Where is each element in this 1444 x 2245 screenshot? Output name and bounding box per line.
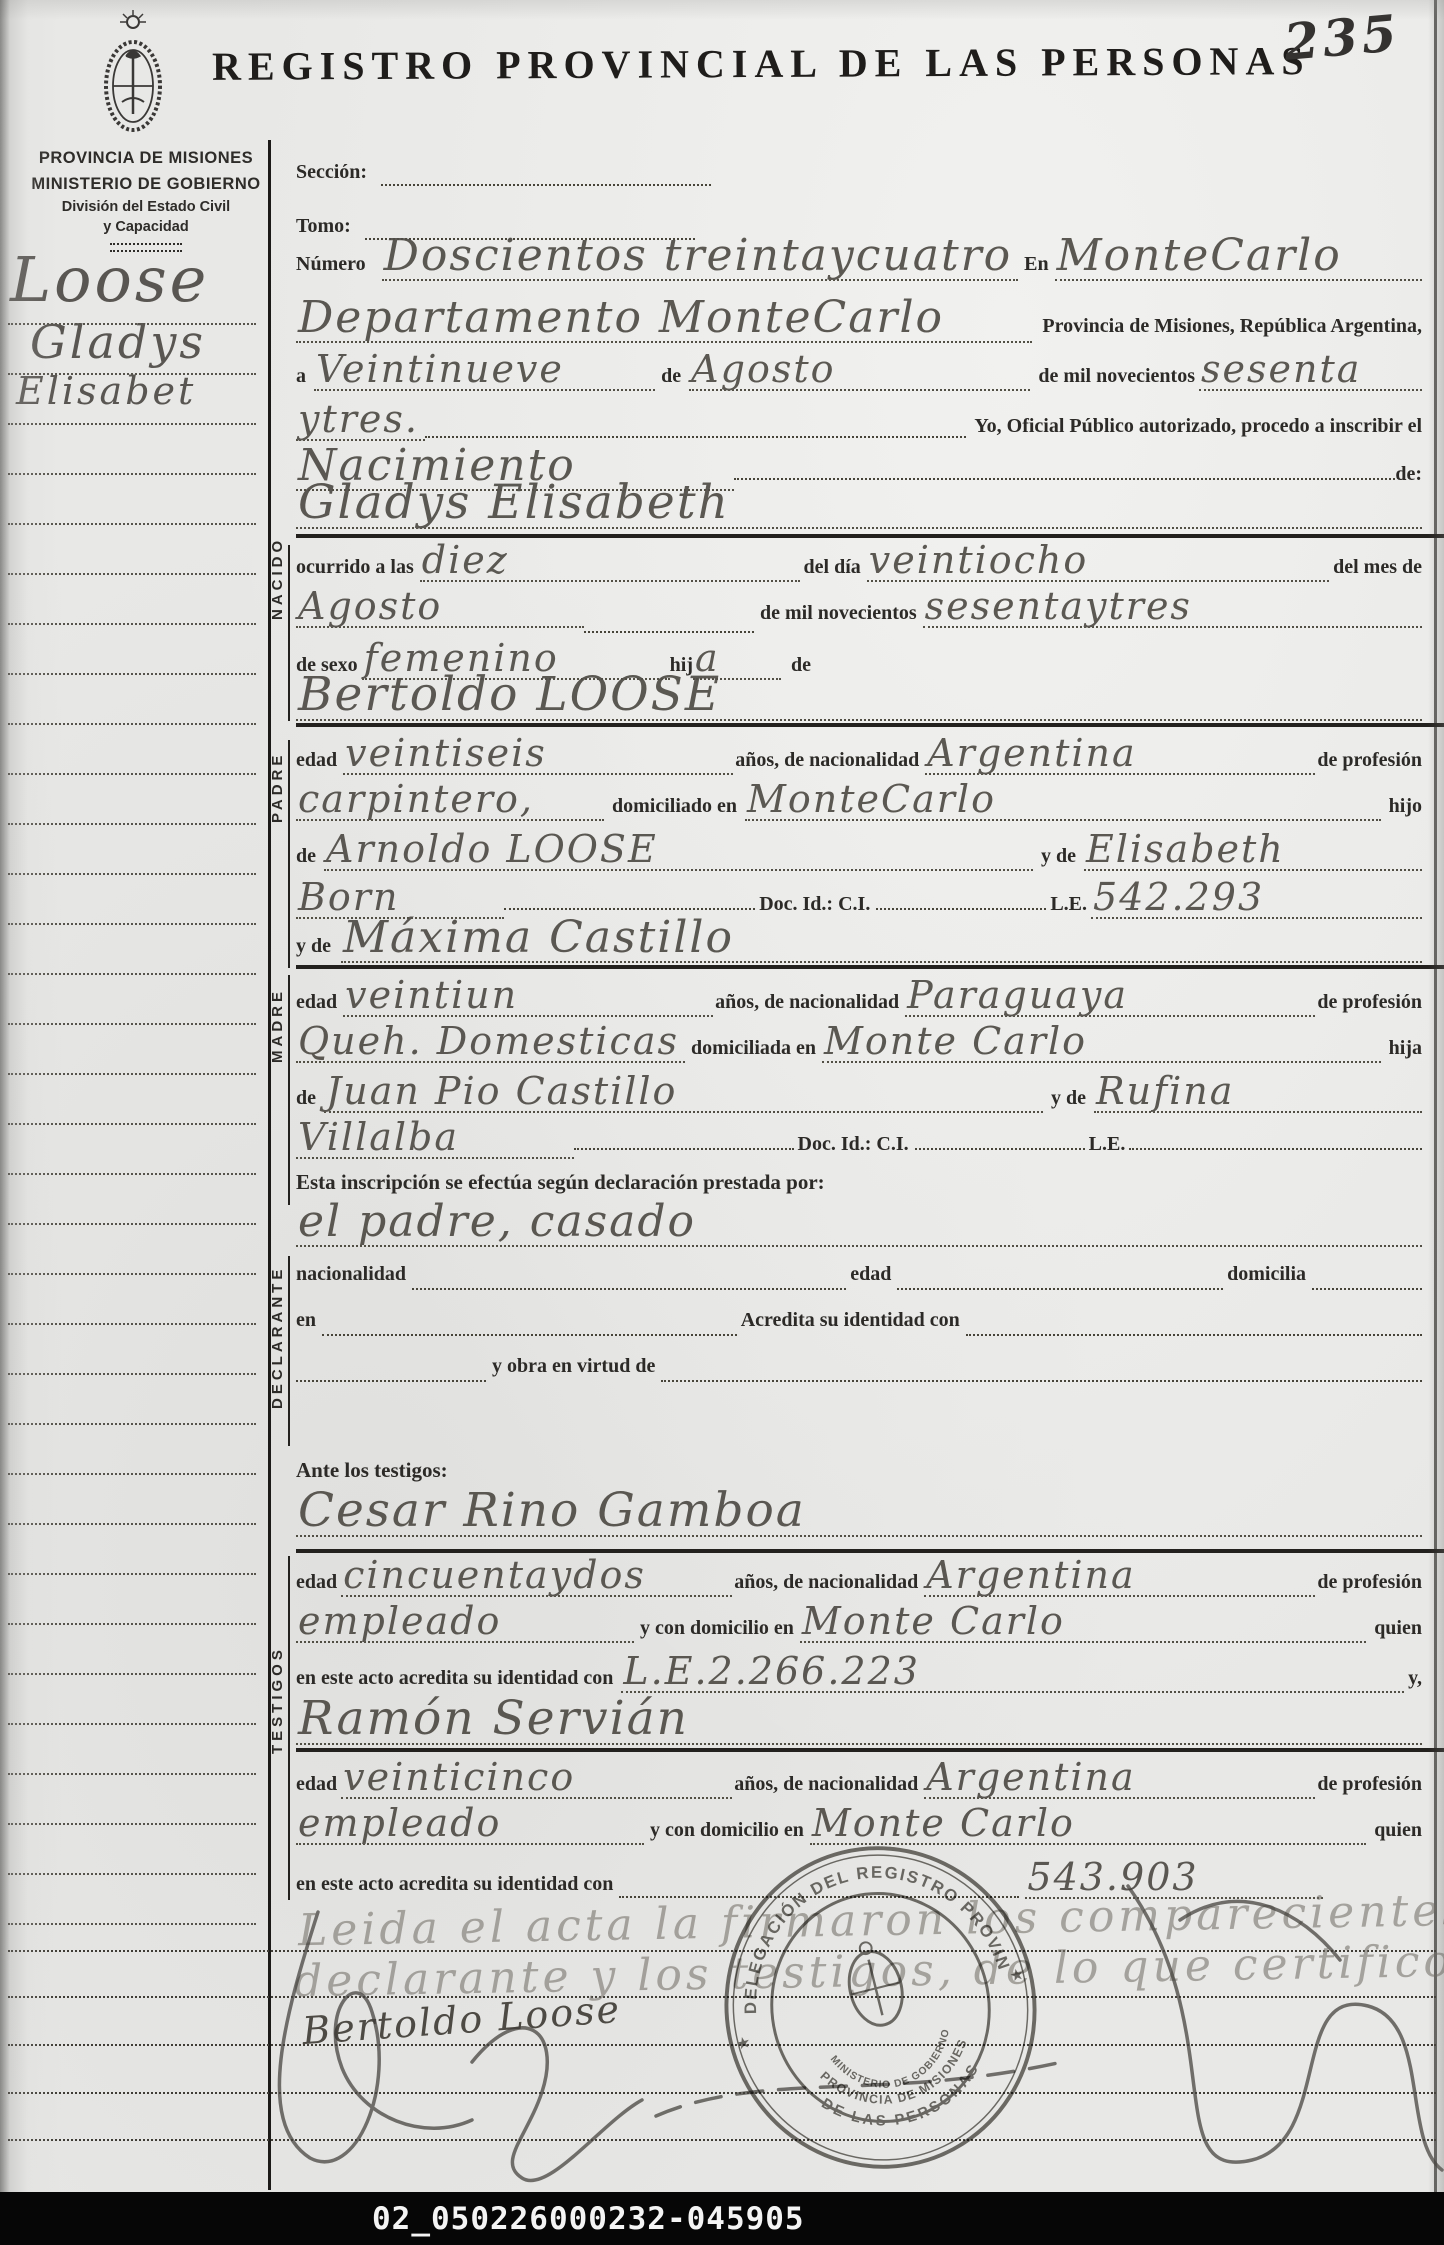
nacionalidad-label: nacionalidad bbox=[296, 1262, 406, 1286]
numero-label: Número bbox=[296, 252, 366, 276]
testigo2-edad-value: veinticinco bbox=[341, 1760, 732, 1799]
nacionalidad-label: años, de nacionalidad bbox=[735, 748, 919, 772]
abuela-paterna-value: Elisabeth bbox=[1084, 832, 1422, 871]
dotted-line bbox=[412, 1288, 846, 1290]
margin-note-line bbox=[8, 1523, 256, 1525]
margin-note-line bbox=[8, 1873, 256, 1875]
ruled-line bbox=[8, 2139, 1436, 2141]
scanned-birth-certificate: REGISTRO PROVINCIAL DE LAS PERSONAS 235 … bbox=[0, 0, 1444, 2245]
hora-value: diez bbox=[420, 543, 800, 582]
margin-note-line bbox=[8, 573, 256, 575]
section-bracket bbox=[288, 1256, 290, 1446]
ante-testigos-label: Ante los testigos: bbox=[296, 1458, 448, 1483]
nacionalidad-label: años, de nacionalidad bbox=[734, 1570, 918, 1594]
margin-note-line bbox=[8, 1323, 256, 1325]
margin-note-line bbox=[8, 723, 256, 725]
profesion-label: de profesión bbox=[1317, 1772, 1422, 1796]
acto-acredita-label: en este acto acredita su identidad con bbox=[296, 1872, 613, 1896]
section-label-declarante: DECLARANTE bbox=[269, 1262, 288, 1412]
dotted-line bbox=[897, 1288, 1223, 1290]
padre-nacionalidad-value: Argentina bbox=[925, 736, 1315, 775]
de-label: de bbox=[661, 364, 681, 388]
margin-note-line bbox=[8, 1423, 256, 1425]
page-number: 235 bbox=[1282, 3, 1403, 72]
padre-profesion-row: carpintero, domiciliado en MonteCarlo hi… bbox=[296, 782, 1422, 832]
declarante-identidad-row: en Acredita su identidad con bbox=[296, 1308, 1422, 1344]
mes-nac-value: Agosto bbox=[296, 589, 584, 628]
abuelos-maternos-row: de Juan Pio Castillo y de Rufina bbox=[296, 1074, 1422, 1120]
dotted-line bbox=[1129, 1148, 1422, 1150]
dotted-line bbox=[425, 436, 966, 438]
profesion-label: de profesión bbox=[1317, 1570, 1422, 1594]
declarante-row: el padre, casado bbox=[296, 1202, 1422, 1252]
quien-label: quien bbox=[1374, 1818, 1422, 1842]
dotted-line bbox=[574, 1148, 794, 1150]
margin-note-line bbox=[8, 523, 256, 525]
margin-note-line bbox=[8, 1473, 256, 1475]
margin-note-line bbox=[8, 1223, 256, 1225]
abuelo-materno-value: Juan Pio Castillo bbox=[324, 1074, 1043, 1113]
testigo1-edad-row: edad cincuentaydos años, de nacionalidad… bbox=[296, 1558, 1422, 1604]
fecha-row: a Veintinueve de Agosto de mil novecient… bbox=[296, 352, 1422, 402]
heavy-rule bbox=[296, 723, 1444, 727]
madre-nombre-row: y de Máxima Castillo bbox=[296, 918, 1422, 966]
edad-label: edad bbox=[296, 1570, 337, 1594]
margin-note-line bbox=[8, 1023, 256, 1025]
madre-domicilio-value: Monte Carlo bbox=[822, 1024, 1381, 1063]
tomo-label: Tomo: bbox=[296, 214, 351, 238]
margin-note-line bbox=[8, 373, 256, 375]
abuela-materna-value: Rufina bbox=[1094, 1074, 1422, 1113]
padre-nombre-value: Bertoldo LOOSE bbox=[296, 674, 1422, 721]
dotted-line bbox=[381, 184, 711, 186]
abuelos-paternos-row: de Arnoldo LOOSE y de Elisabeth bbox=[296, 832, 1422, 880]
padre-edad-row: edad veintiseis años, de nacionalidad Ar… bbox=[296, 736, 1422, 782]
margin-middlename: Elisabet bbox=[16, 374, 196, 408]
dotted-line bbox=[661, 1380, 1422, 1382]
section-bracket bbox=[288, 545, 290, 721]
dotted-line bbox=[322, 1334, 737, 1336]
edad-label: edad bbox=[296, 748, 337, 772]
dia-value: Veintinueve bbox=[314, 352, 655, 391]
dotted-line bbox=[734, 478, 1395, 480]
padre-domicilio-value: MonteCarlo bbox=[745, 782, 1381, 821]
margin-note-line bbox=[8, 923, 256, 925]
margin-firstname: Gladys bbox=[30, 322, 206, 363]
inscripcion-label: Esta inscripción se efectúa según declar… bbox=[296, 1170, 825, 1195]
scan-right-edge bbox=[1434, 0, 1437, 2192]
hija-label: hija bbox=[1389, 1036, 1422, 1060]
letterhead-line: MINISTERIO DE GOBIERNO bbox=[26, 172, 266, 198]
margin-vertical-rule bbox=[268, 140, 271, 2190]
scan-code: 02_050226000232-045905 bbox=[372, 2201, 805, 2237]
section-label-padre: PADRE bbox=[269, 742, 288, 832]
heavy-rule bbox=[296, 1748, 1444, 1752]
y-de-label: y de bbox=[1041, 844, 1076, 868]
margin-note-line bbox=[8, 1373, 256, 1375]
abuelo-paterno-value: Arnoldo LOOSE bbox=[324, 832, 1033, 871]
numero-row: Número Doscientos treintaycuatro En Mont… bbox=[296, 236, 1422, 296]
margin-note-line bbox=[8, 823, 256, 825]
declarante-datos-row: nacionalidad edad domicilia bbox=[296, 1262, 1422, 1298]
testigo1-domicilio-row: empleado y con domicilio en Monte Carlo … bbox=[296, 1604, 1422, 1654]
departamento-row: Departamento MonteCarlo Provincia de Mis… bbox=[296, 298, 1422, 352]
heavy-rule bbox=[296, 965, 1444, 969]
margin-note-line bbox=[8, 1923, 256, 1925]
signature-rubric-center bbox=[472, 2028, 642, 2181]
inscripto-nombre-value: Gladys Elisabeth bbox=[296, 482, 1422, 529]
margin-note-line bbox=[8, 1623, 256, 1625]
margin-note-line bbox=[8, 1123, 256, 1125]
letterhead-line: División del Estado Civil bbox=[26, 197, 266, 217]
testigo2-nombre-row: Ramón Servián bbox=[296, 1698, 1422, 1748]
margin-note-line bbox=[8, 473, 256, 475]
le-label: L.E. bbox=[1089, 1132, 1126, 1156]
departamento-value: Departamento MonteCarlo bbox=[296, 298, 1032, 343]
padre-le-value: 542.293 bbox=[1091, 880, 1422, 919]
dotted-line bbox=[296, 1380, 486, 1382]
dotted-line bbox=[504, 908, 755, 910]
virtud-label: y obra en virtud de bbox=[492, 1354, 655, 1378]
acto-acredita-label: en este acto acredita su identidad con bbox=[296, 1666, 613, 1690]
a-label: a bbox=[296, 364, 306, 388]
letterhead-line: y Capacidad bbox=[26, 217, 266, 237]
margin-note-line bbox=[8, 423, 256, 425]
section-bracket bbox=[288, 975, 290, 1205]
de-mil-label: de mil novecientos bbox=[760, 601, 917, 625]
de-mil-label: de mil novecientos bbox=[1038, 364, 1195, 388]
testigo1-nacionalidad-value: Argentina bbox=[924, 1558, 1315, 1597]
page-title: REGISTRO PROVINCIAL DE LAS PERSONAS bbox=[212, 37, 1311, 90]
padre-nombre-row: Bertoldo LOOSE bbox=[296, 674, 1422, 722]
madre-nombre-value: Máxima Castillo bbox=[341, 918, 1422, 963]
margin-note-line bbox=[8, 1273, 256, 1275]
acredita-label: Acredita su identidad con bbox=[741, 1308, 960, 1332]
padre-edad-value: veintiseis bbox=[343, 736, 733, 775]
hora-row: ocurrido a las diez del día veintiocho d… bbox=[296, 543, 1422, 589]
testigo1-nombre-value: Cesar Rino Gamboa bbox=[296, 1490, 1422, 1537]
declarante-virtud-row: y obra en virtud de bbox=[296, 1354, 1422, 1390]
section-label-madre: MADRE bbox=[269, 982, 288, 1070]
margin-note-line bbox=[8, 623, 256, 625]
section-label-testigos: TESTIGOS bbox=[269, 1640, 288, 1760]
margin-note-line bbox=[8, 1173, 256, 1175]
nacionalidad-label: años, de nacionalidad bbox=[734, 1772, 918, 1796]
testigo1-nombre-row: Cesar Rino Gamboa bbox=[296, 1490, 1422, 1544]
y-de-label: y de bbox=[1051, 1086, 1086, 1110]
de-label: de bbox=[296, 1086, 316, 1110]
testigo2-edad-row: edad veinticinco años, de nacionalidad A… bbox=[296, 1760, 1422, 1806]
mes-nac-row: Agosto de mil novecientos sesentaytres bbox=[296, 589, 1422, 641]
domiciliado-label: domiciliado en bbox=[612, 794, 737, 818]
testigo2-profesion-value: empleado bbox=[296, 1806, 644, 1845]
del-dia-label: del día bbox=[804, 555, 861, 579]
margin-note-line bbox=[8, 1723, 256, 1725]
testigo1-profesion-value: empleado bbox=[296, 1604, 634, 1643]
testigo1-doc-value: L.E.2.266.223 bbox=[621, 1654, 1404, 1693]
margin-note-line bbox=[8, 773, 256, 775]
section-bracket bbox=[288, 740, 290, 968]
margin-note-line bbox=[8, 1673, 256, 1675]
margin-note-line bbox=[8, 673, 256, 675]
margin-note-line bbox=[8, 973, 256, 975]
stamp-star-icon: ★ bbox=[736, 2034, 752, 2052]
testigo2-nacionalidad-value: Argentina bbox=[924, 1760, 1315, 1799]
madre-doc-row: Villalba Doc. Id.: C.I. L.E. bbox=[296, 1120, 1422, 1158]
margin-surname: Loose bbox=[10, 252, 209, 308]
profesion-label: de profesión bbox=[1317, 748, 1422, 772]
domiciliada-label: domiciliada en bbox=[691, 1036, 816, 1060]
dotted-line bbox=[876, 908, 1046, 910]
madre-profesion-value: Queh. Domesticas bbox=[296, 1024, 685, 1063]
inscripto-nombre-row: Gladys Elisabeth bbox=[296, 482, 1422, 534]
coat-of-arms-icon bbox=[92, 6, 174, 142]
madre-edad-value: veintiun bbox=[343, 978, 713, 1017]
dotted-line bbox=[915, 1148, 1085, 1150]
testigo2-nombre-value: Ramón Servián bbox=[296, 1698, 1422, 1745]
nacionalidad-label: años, de nacionalidad bbox=[715, 990, 899, 1014]
con-domicilio-label: y con domicilio en bbox=[640, 1616, 794, 1640]
stamp-coat-of-arms-icon bbox=[839, 1936, 909, 2031]
letterhead-line: PROVINCIA DE MISIONES bbox=[26, 146, 266, 172]
margin-note-line bbox=[8, 873, 256, 875]
dotted-line bbox=[584, 631, 754, 633]
section-label-nacido: NACIDO bbox=[269, 540, 288, 620]
margin-note-line bbox=[8, 1773, 256, 1775]
margin-note-line bbox=[8, 1823, 256, 1825]
margin-note-line bbox=[8, 1073, 256, 1075]
mes-value: Agosto bbox=[689, 352, 1030, 391]
quien-label: quien bbox=[1374, 1616, 1422, 1640]
del-mes-label: del mes de bbox=[1333, 555, 1422, 579]
declarante-value: el padre, casado bbox=[296, 1202, 1422, 1247]
profesion-label: de profesión bbox=[1317, 990, 1422, 1014]
testigo1-edad-value: cincuentaydos bbox=[341, 1558, 732, 1597]
seccion-row: Sección: bbox=[296, 160, 1422, 194]
dotted-line bbox=[1312, 1288, 1422, 1290]
ruled-line bbox=[8, 2092, 1436, 2094]
madre-profesion-row: Queh. Domesticas domiciliada en Monte Ca… bbox=[296, 1024, 1422, 1074]
provincia-label: Provincia de Misiones, República Argenti… bbox=[1042, 314, 1422, 338]
margin-note-line bbox=[8, 323, 256, 325]
dotted-line bbox=[966, 1334, 1422, 1336]
hijo-label: hijo bbox=[1389, 794, 1422, 818]
ocurrido-label: ocurrido a las bbox=[296, 555, 414, 579]
anio2-value: ytres. bbox=[296, 402, 425, 441]
edad-label: edad bbox=[850, 1262, 891, 1286]
en-label: En bbox=[1024, 252, 1048, 276]
edad-label: edad bbox=[296, 1772, 337, 1796]
y-de-label: y de bbox=[296, 934, 331, 958]
madre-edad-row: edad veintiun años, de nacionalidad Para… bbox=[296, 978, 1422, 1024]
seccion-label: Sección: bbox=[296, 160, 367, 184]
dia-nac-value: veintiocho bbox=[867, 543, 1329, 582]
lugar-value: MonteCarlo bbox=[1055, 236, 1422, 281]
letterhead: PROVINCIA DE MISIONES MINISTERIO DE GOBI… bbox=[26, 146, 266, 252]
padre-profesion-value: carpintero, bbox=[296, 782, 604, 821]
testigo1-domicilio-value: Monte Carlo bbox=[800, 1604, 1366, 1643]
madre-nacionalidad-value: Paraguaya bbox=[905, 978, 1315, 1017]
de-label: de bbox=[296, 844, 316, 868]
edad-label: edad bbox=[296, 990, 337, 1014]
anio-value: sesenta bbox=[1199, 352, 1422, 391]
section-bracket bbox=[288, 1556, 290, 1900]
y-coma-label: y, bbox=[1408, 1666, 1422, 1690]
le-label: L.E. bbox=[1050, 892, 1087, 916]
doc-id-label: Doc. Id.: C.I. bbox=[798, 1132, 909, 1156]
abuela-materna2-value: Villalba bbox=[296, 1120, 574, 1159]
con-domicilio-label: y con domicilio en bbox=[650, 1818, 804, 1842]
margin-note-line bbox=[8, 1573, 256, 1575]
scan-code-bar: 02_050226000232-045905 bbox=[0, 2192, 1444, 2245]
oficial-label: Yo, Oficial Público autorizado, procedo … bbox=[974, 414, 1422, 438]
numero-value: Doscientos treintaycuatro bbox=[382, 236, 1019, 281]
en-label: en bbox=[296, 1308, 316, 1332]
domicilia-label: domicilia bbox=[1227, 1262, 1306, 1286]
doc-id-label: Doc. Id.: C.I. bbox=[759, 892, 870, 916]
anio-nac-value: sesentaytres bbox=[923, 589, 1422, 628]
